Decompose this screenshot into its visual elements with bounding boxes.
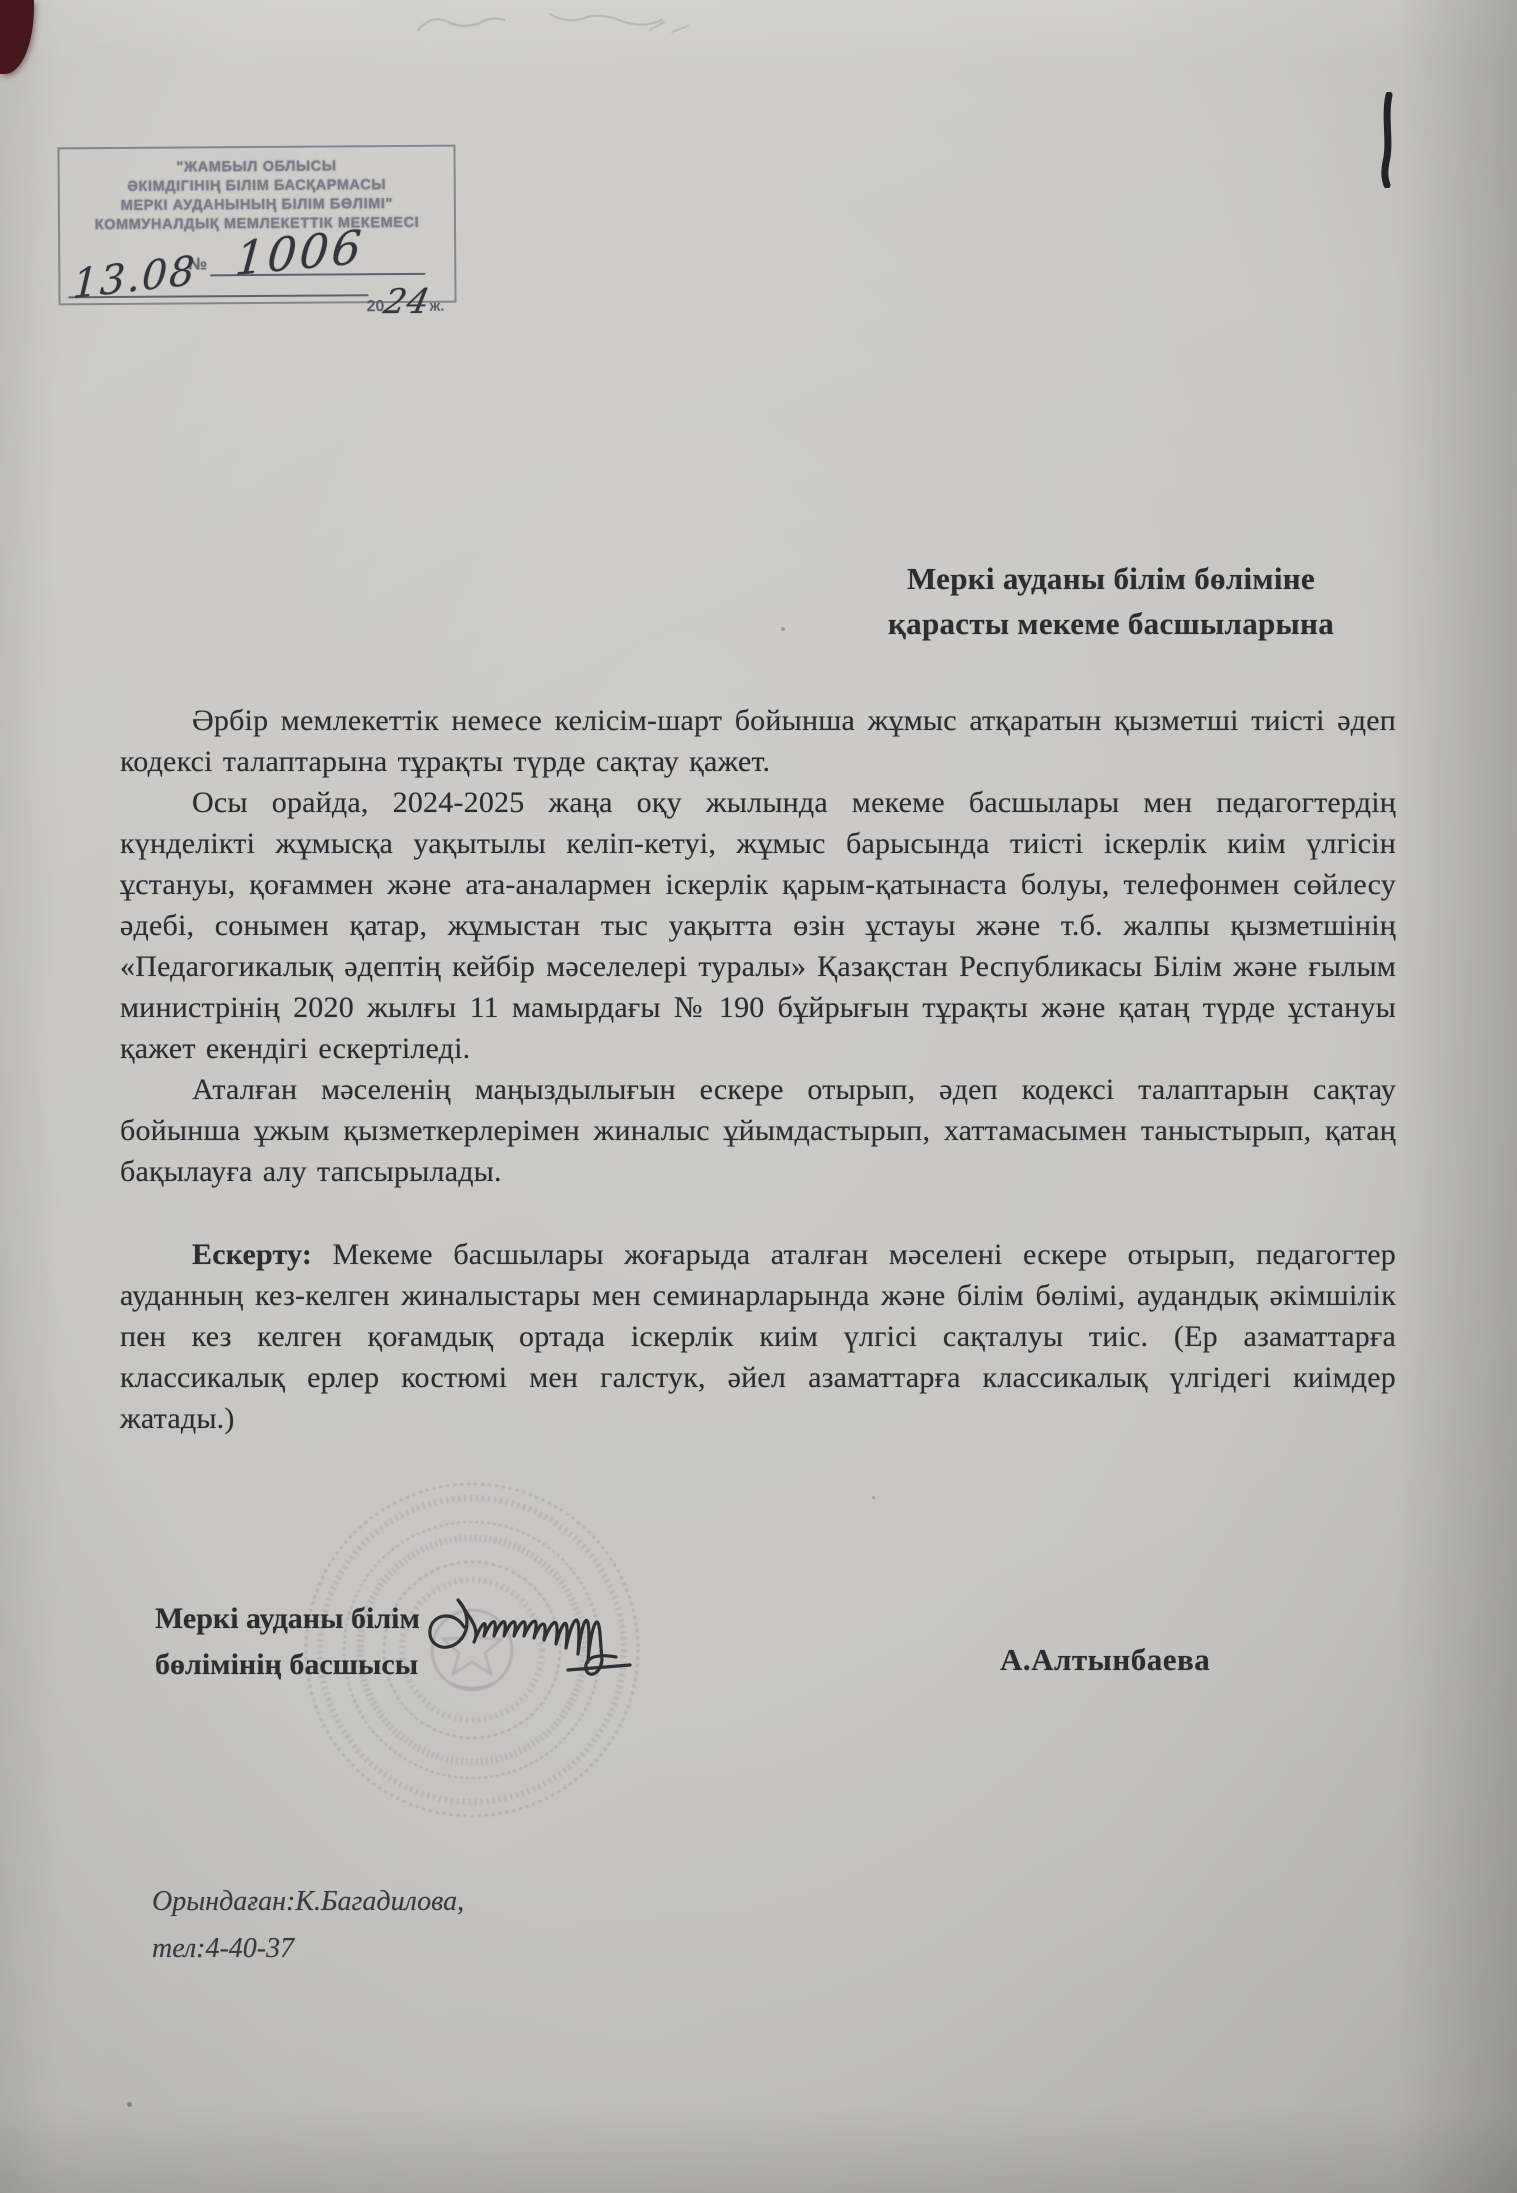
stamp-organization-text: "ЖАМБЫЛ ОБЛЫСЫ ӘКІМДІГІНІҢ БІЛІМ БАСҚАРМ… (60, 157, 455, 236)
paragraph-2: Осы орайда, 2024-2025 жаңа оқу жылында м… (120, 782, 1396, 1069)
scan-speck (781, 627, 785, 631)
note-label: Ескерту: (192, 1238, 312, 1271)
letter-body: Әрбір мемлекеттік немесе келісім-шарт бо… (120, 700, 1396, 1439)
handwritten-document-number: 1006 (233, 219, 366, 286)
scan-speck (127, 2102, 132, 2107)
executor-name-line: Орындаған:К.Багадилова, (152, 1878, 464, 1925)
note-paragraph: Ескерту: Мекеме басшылары жоғарыда аталғ… (120, 1234, 1396, 1439)
handwritten-date: 13.08 (72, 248, 198, 308)
executor-info: Орындаған:К.Багадилова, тел:4-40-37 (152, 1878, 464, 1972)
stamp-year-field: 2024ж. (366, 280, 444, 321)
addressee-line-1: Меркі ауданы білім бөліміне (828, 556, 1394, 601)
addressee-block: Меркі ауданы білім бөліміне қарасты меке… (828, 556, 1394, 646)
registration-stamp: "ЖАМБЫЛ ОБЛЫСЫ ӘКІМДІГІНІҢ БІЛІМ БАСҚАРМ… (57, 145, 456, 306)
signatory-title-line-2: бөлімінің басшысы (155, 1642, 515, 1688)
signatory-name: А.Алтынбаева (1000, 1642, 1210, 1678)
scanned-letter-page: "ЖАМБЫЛ ОБЛЫСЫ ӘКІМДІГІНІҢ БІЛІМ БАСҚАРМ… (0, 0, 1517, 2193)
signatory-title-line-1: Меркі ауданы білім (155, 1596, 515, 1642)
scan-speck (872, 1496, 875, 1499)
corner-fold-mark (0, 0, 34, 74)
pen-stroke-mark (1375, 92, 1401, 188)
paragraph-1: Әрбір мемлекеттік немесе келісім-шарт бо… (120, 700, 1396, 782)
paragraph-3: Аталған мәселенің маңыздылығын ескере от… (120, 1069, 1396, 1192)
handwritten-year: 24 (380, 282, 433, 322)
note-text: Мекеме басшылары жоғарыда аталған мәселе… (120, 1238, 1396, 1435)
signatory-title: Меркі ауданы білім бөлімінің басшысы (155, 1596, 515, 1688)
addressee-line-2: қарасты мекеме басшыларына (828, 601, 1394, 646)
stamp-year-suffix: ж. (430, 298, 445, 315)
executor-phone-line: тел:4-40-37 (152, 1925, 464, 1972)
faint-handwriting-artifact (400, 0, 740, 48)
